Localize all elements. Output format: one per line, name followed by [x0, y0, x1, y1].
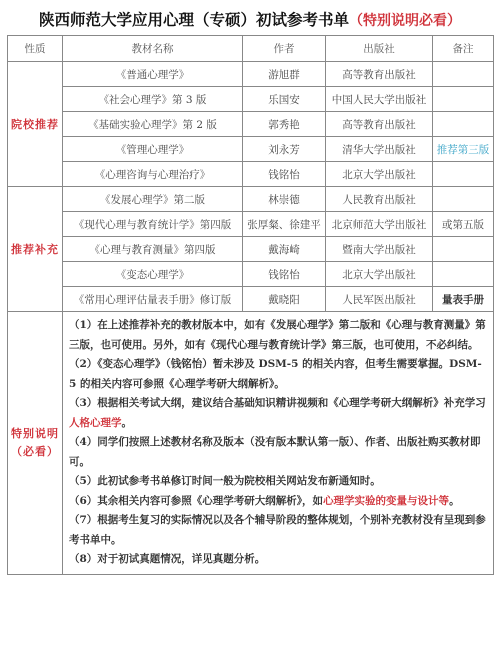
book-note	[433, 87, 494, 112]
table-row: 《心理与教育测量》第四版 戴海崎 暨南大学出版社	[8, 237, 494, 262]
special-notes-row: 特别说明 （必看） （1）在上述推荐补充的教材版本中，如有《发展心理学》第二版和…	[8, 312, 494, 575]
book-author: 郭秀艳	[243, 112, 326, 137]
book-title: 《常用心理评估量表手册》修订版	[63, 287, 243, 312]
note-text: （4）同学们按照上述教材名称及版本（没有版本默认第一版）、作者、出版社购买教材即…	[69, 436, 481, 468]
book-title: 《管理心理学》	[63, 137, 243, 162]
book-note: 量表手册	[433, 287, 494, 312]
book-publisher: 中国人民大学出版社	[326, 87, 433, 112]
book-author: 林崇德	[243, 187, 326, 212]
book-title: 《变态心理学》	[63, 262, 243, 287]
note-text: （2）《变态心理学》（钱铭怡）暂未涉及 DSM-5 的相关内容，但考生需要掌握。…	[69, 358, 482, 390]
table-row: 《变态心理学》 钱铭怡 北京大学出版社	[8, 262, 494, 287]
table-row: 院校推荐 《普通心理学》 游旭群 高等教育出版社	[8, 62, 494, 87]
book-note: 推荐第三版	[433, 137, 494, 162]
book-title: 《心理与教育测量》第四版	[63, 237, 243, 262]
book-title: 《发展心理学》第二版	[63, 187, 243, 212]
book-author: 钱铭怡	[243, 162, 326, 187]
note-text: （3）根据相关考试大纲，建议结合基础知识精讲视频和《心理学考研大纲解析》补充学习	[69, 397, 486, 409]
book-publisher: 北京大学出版社	[326, 262, 433, 287]
note-item: （7）根据考生复习的实际情况以及各个辅导阶段的整体规划，个别补充教材没有呈现到参…	[69, 511, 487, 550]
book-title: 《普通心理学》	[63, 62, 243, 87]
note-text: （7）根据考生复习的实际情况以及各个辅导阶段的整体规划，个别补充教材没有呈现到参…	[69, 514, 486, 546]
book-author: 游旭群	[243, 62, 326, 87]
header-book: 教材名称	[63, 36, 243, 62]
note-highlight: 心理学实验的变量与设计等	[323, 495, 449, 507]
title-highlight: （特别说明必看）	[349, 13, 461, 29]
book-publisher: 高等教育出版社	[326, 62, 433, 87]
header-author: 作者	[243, 36, 326, 62]
book-author: 张厚粲、徐建平	[243, 212, 326, 237]
note-item: （1）在上述推荐补充的教材版本中，如有《发展心理学》第二版和《心理与教育测量》第…	[69, 316, 487, 355]
title-main: 陕西师范大学应用心理（专硕）初试参考书单	[39, 11, 349, 29]
book-publisher: 清华大学出版社	[326, 137, 433, 162]
book-author: 戴晓阳	[243, 287, 326, 312]
note-text: （8）对于初试真题情况，详见真题分析。	[69, 553, 265, 565]
book-note	[433, 187, 494, 212]
note-item: （8）对于初试真题情况，详见真题分析。	[69, 550, 487, 570]
table-row: 《现代心理与教育统计学》第四版 张厚粲、徐建平 北京师范大学出版社 或第五版	[8, 212, 494, 237]
note-text-end: 。	[449, 495, 460, 507]
table-row: 推荐补充 《发展心理学》第二版 林崇德 人民教育出版社	[8, 187, 494, 212]
note-item: （3）根据相关考试大纲，建议结合基础知识精讲视频和《心理学考研大纲解析》补充学习…	[69, 394, 487, 433]
page-title: 陕西师范大学应用心理（专硕）初试参考书单（特别说明必看）	[0, 8, 500, 30]
note-text-end: 。	[122, 417, 133, 429]
book-note	[433, 112, 494, 137]
book-publisher: 人民军医出版社	[326, 287, 433, 312]
special-notes-content: （1）在上述推荐补充的教材版本中，如有《发展心理学》第二版和《心理与教育测量》第…	[63, 312, 494, 575]
book-publisher: 北京师范大学出版社	[326, 212, 433, 237]
book-title: 《心理咨询与心理治疗》	[63, 162, 243, 187]
book-publisher: 人民教育出版社	[326, 187, 433, 212]
book-title: 《基础实验心理学》第 2 版	[63, 112, 243, 137]
book-publisher: 北京大学出版社	[326, 162, 433, 187]
header-note: 备注	[433, 36, 494, 62]
book-title: 《社会心理学》第 3 版	[63, 87, 243, 112]
note-item: （2）《变态心理学》（钱铭怡）暂未涉及 DSM-5 的相关内容，但考生需要掌握。…	[69, 355, 487, 394]
book-author: 戴海崎	[243, 237, 326, 262]
table-row: 《社会心理学》第 3 版 乐国安 中国人民大学出版社	[8, 87, 494, 112]
header-row: 性质 教材名称 作者 出版社 备注	[8, 36, 494, 62]
book-publisher: 高等教育出版社	[326, 112, 433, 137]
table-row: 《心理咨询与心理治疗》 钱铭怡 北京大学出版社	[8, 162, 494, 187]
book-author: 乐国安	[243, 87, 326, 112]
category-school-recommended: 院校推荐	[8, 62, 63, 187]
book-list-table: 性质 教材名称 作者 出版社 备注 院校推荐 《普通心理学》 游旭群 高等教育出…	[7, 35, 494, 575]
special-notes-label: 特别说明	[8, 425, 62, 443]
note-text: （1）在上述推荐补充的教材版本中，如有《发展心理学》第二版和《心理与教育测量》第…	[69, 319, 486, 351]
category-supplementary: 推荐补充	[8, 187, 63, 312]
table-row: 《管理心理学》 刘永芳 清华大学出版社 推荐第三版	[8, 137, 494, 162]
special-notes-sublabel: （必看）	[8, 443, 62, 461]
book-title: 《现代心理与教育统计学》第四版	[63, 212, 243, 237]
book-publisher: 暨南大学出版社	[326, 237, 433, 262]
book-note	[433, 162, 494, 187]
note-text: （5）此初试参考书单修订时间一般为院校相关网站发布新通知时。	[69, 475, 381, 487]
note-text: （6）其余相关内容可参照《心理学考研大纲解析》，如	[69, 495, 323, 507]
book-note: 或第五版	[433, 212, 494, 237]
note-item: （4）同学们按照上述教材名称及版本（没有版本默认第一版）、作者、出版社购买教材即…	[69, 433, 487, 472]
book-note	[433, 237, 494, 262]
book-note	[433, 262, 494, 287]
category-special-notes: 特别说明 （必看）	[8, 312, 63, 575]
book-note	[433, 62, 494, 87]
header-publisher: 出版社	[326, 36, 433, 62]
book-author: 刘永芳	[243, 137, 326, 162]
note-item: （6）其余相关内容可参照《心理学考研大纲解析》，如心理学实验的变量与设计等。	[69, 492, 487, 512]
header-type: 性质	[8, 36, 63, 62]
book-author: 钱铭怡	[243, 262, 326, 287]
note-highlight: 人格心理学	[69, 417, 122, 429]
table-row: 《基础实验心理学》第 2 版 郭秀艳 高等教育出版社	[8, 112, 494, 137]
table-row: 《常用心理评估量表手册》修订版 戴晓阳 人民军医出版社 量表手册	[8, 287, 494, 312]
note-item: （5）此初试参考书单修订时间一般为院校相关网站发布新通知时。	[69, 472, 487, 492]
